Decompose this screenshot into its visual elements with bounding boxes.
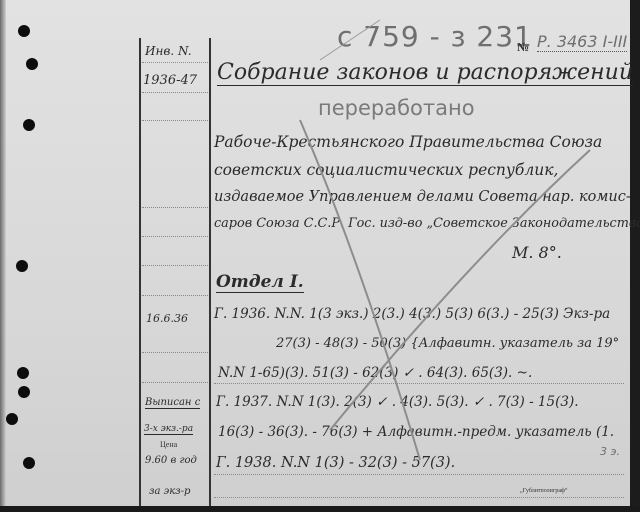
holdings-line-1938: Г. 1938. N.N 1(3) - 32(3) - 57(3). [216, 455, 455, 471]
dotted-rule [214, 497, 624, 498]
description-line-3: издаваемое Управлением делами Совета нар… [214, 189, 631, 205]
punch-hole [23, 457, 35, 469]
inventory-label: Инв. N. [145, 44, 192, 58]
dotted-rule [142, 207, 208, 208]
punch-hole [18, 386, 30, 398]
call-number: Р. 3463 I-III [537, 32, 627, 52]
dotted-rule [142, 352, 208, 353]
dotted-rule [142, 92, 208, 93]
price-label: Цена [160, 440, 177, 449]
printer-mark: „Гублитполиграф“ [520, 488, 568, 494]
punch-hole [18, 25, 30, 37]
reworked-stamp: переработано [318, 96, 475, 120]
holdings-line-1936: Г. 1936. N.N. 1(3 экз.) 2(3.) 4(3.) 5(3)… [214, 306, 610, 322]
description-line-2: советских социалистических республик, [214, 161, 558, 179]
description-line-4: саров Союза С.С.Р. Гос. изд-во „Советско… [214, 216, 640, 231]
dotted-rule [214, 474, 624, 475]
dotted-rule [142, 295, 208, 296]
subscribed-label: Выписан с [145, 397, 200, 409]
description-line-1: Рабоче-Крестьянского Правительства Союза [214, 133, 602, 151]
dotted-rule [142, 62, 208, 63]
price-value: 9.60 в год [145, 455, 197, 466]
dotted-rule [142, 120, 208, 121]
document-title: Собрание законов и распоряжений [217, 60, 633, 86]
holdings-line-1937: Г. 1937. N.N 1(3). 2(3) ✓ . 4(3). 5(3). … [216, 394, 579, 410]
left-column-rule [139, 38, 141, 506]
per-copy-label: за экз-р [149, 486, 190, 497]
inventory-years: 1936-47 [143, 73, 197, 88]
dotted-rule [142, 265, 208, 266]
number-label: № [517, 40, 529, 55]
left-column-divider [209, 38, 211, 506]
copies-pencil-note: 3 э. [600, 445, 620, 458]
dotted-rule [214, 383, 624, 384]
punch-hole [23, 119, 35, 131]
card-left-edge [0, 0, 6, 512]
copies-count: 3-х экз.-ра [144, 424, 193, 435]
dotted-rule [142, 382, 208, 383]
card-bottom-shadow [0, 506, 640, 512]
place-format: М. 8°. [512, 243, 562, 262]
shelfmark-pencil: с 759 - з 231 [337, 20, 533, 53]
holdings-line-1936-index: N.N 1-65)(3). 51(3) - 62(3) ✓ . 64(3). 6… [218, 365, 532, 381]
holdings-line-1936-cont: 27(3) - 48(3) - 50(3) {Алфавитн. указате… [276, 336, 619, 351]
punch-hole [26, 58, 38, 70]
punch-hole [17, 367, 29, 379]
punch-hole [16, 260, 28, 272]
date-received: 16.6.36 [146, 312, 188, 325]
section-heading: Отдел I. [216, 272, 304, 293]
holdings-line-1937-cont: 16(3) - 36(3). - 76(3) + Алфавитн.-предм… [218, 424, 614, 440]
dotted-rule [142, 236, 208, 237]
punch-hole [6, 413, 18, 425]
